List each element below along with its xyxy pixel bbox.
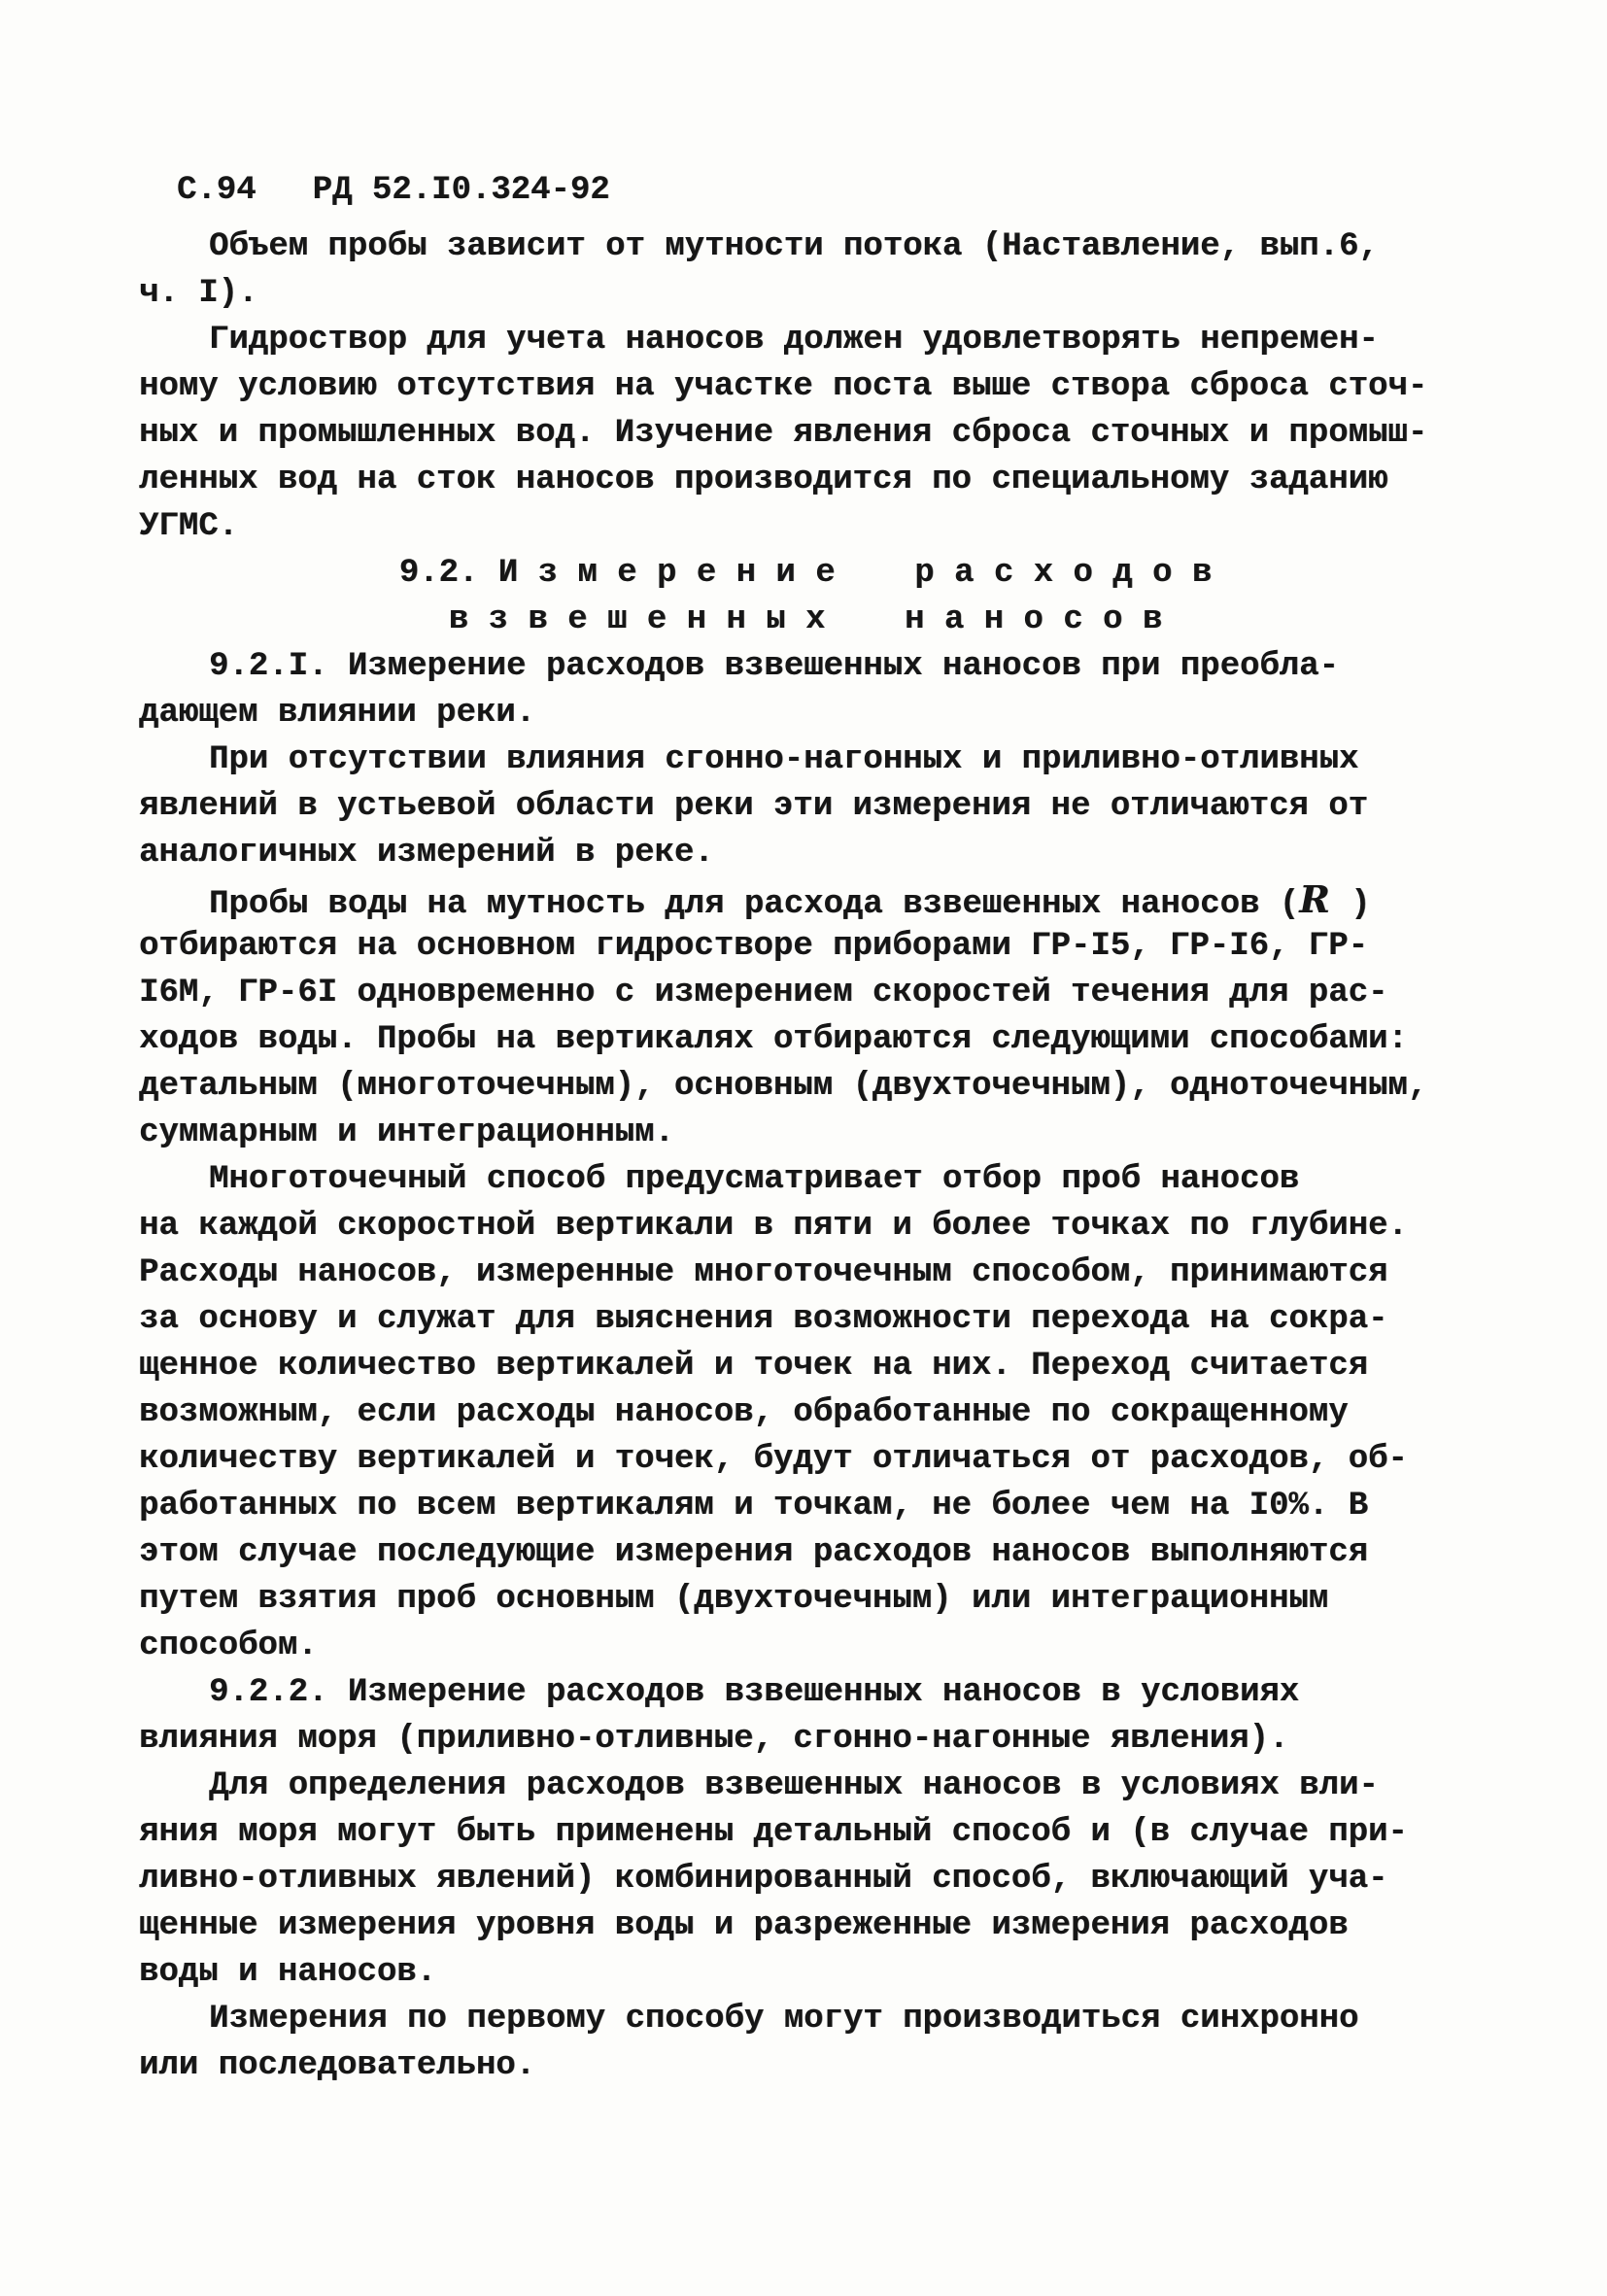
document-number: РД 52.I0.324-92 xyxy=(313,167,610,214)
text-line: влияния моря (приливно-отливные, сгонно-… xyxy=(139,1716,1472,1763)
text-line: яния моря могут быть применены детальный… xyxy=(139,1809,1472,1856)
paragraph: Пробы воды на мутность для расхода взвеш… xyxy=(139,876,1472,1156)
text-line: в з в е ш е н н ы х н а н о с о в xyxy=(139,597,1472,643)
text-line: ных и промышленных вод. Изучение явления… xyxy=(139,410,1472,457)
text-line: щенные измерения уровня воды и разреженн… xyxy=(139,1902,1472,1949)
paragraph: Гидроствор для учета наносов должен удов… xyxy=(139,317,1472,550)
text-line: явлений в устьевой области реки эти изме… xyxy=(139,783,1472,830)
paragraph: 9.2.2. Измерение расходов взвешенных нан… xyxy=(139,1669,1472,1763)
paragraph: При отсутствии влияния сгонно-нагонных и… xyxy=(139,737,1472,876)
section-heading: 9.2. И з м е р е н и е р а с х о д о вв … xyxy=(139,550,1472,643)
text-line: ленных вод на сток наносов производится … xyxy=(139,457,1472,503)
text-line: дающем влиянии реки. xyxy=(139,690,1472,737)
page-header: С.94 РД 52.I0.324-92 xyxy=(177,167,610,214)
text-line: способом. xyxy=(139,1623,1472,1669)
text-line: УГМС. xyxy=(139,503,1472,550)
text-line: Расходы наносов, измеренные многоточечны… xyxy=(139,1250,1472,1296)
text-line: ч. I). xyxy=(139,270,1472,317)
text-line: Для определения расходов взвешенных нано… xyxy=(139,1763,1472,1809)
content: Объем пробы зависит от мутности потока (… xyxy=(139,223,1472,2089)
script-r-symbol: R xyxy=(1299,877,1331,921)
text-line: ходов воды. Пробы на вертикалях отбирают… xyxy=(139,1016,1472,1063)
text-line: Пробы воды на мутность для расхода взвеш… xyxy=(139,876,1472,923)
text-line: 9.2.2. Измерение расходов взвешенных нан… xyxy=(139,1669,1472,1716)
text-line: или последовательно. xyxy=(139,2042,1472,2089)
paragraph: Объем пробы зависит от мутности потока (… xyxy=(139,223,1472,317)
text-line: 9.2.I. Измерение расходов взвешенных нан… xyxy=(139,643,1472,690)
text-line: воды и наносов. xyxy=(139,1949,1472,1996)
text-line: 9.2. И з м е р е н и е р а с х о д о в xyxy=(139,550,1472,597)
text-line: При отсутствии влияния сгонно-нагонных и… xyxy=(139,737,1472,783)
text-line: детальным (многоточечным), основным (дву… xyxy=(139,1063,1472,1110)
text-line: Гидроствор для учета наносов должен удов… xyxy=(139,317,1472,363)
text-line: на каждой скоростной вертикали в пяти и … xyxy=(139,1203,1472,1250)
paragraph: 9.2.I. Измерение расходов взвешенных нан… xyxy=(139,643,1472,737)
text-line: количеству вертикалей и точек, будут отл… xyxy=(139,1436,1472,1483)
text-line: отбираются на основном гидростворе прибо… xyxy=(139,923,1472,970)
text-line: Многоточечный способ предусматривает отб… xyxy=(139,1156,1472,1203)
paragraph: Измерения по первому способу могут произ… xyxy=(139,1996,1472,2089)
text-line: путем взятия проб основным (двухточечным… xyxy=(139,1576,1472,1623)
page-number-label: С.94 xyxy=(177,167,256,214)
text-line: работанных по всем вертикалям и точкам, … xyxy=(139,1483,1472,1529)
text-line: аналогичных измерений в реке. xyxy=(139,830,1472,876)
text-line: Измерения по первому способу могут произ… xyxy=(139,1996,1472,2042)
text-line: Объем пробы зависит от мутности потока (… xyxy=(139,223,1472,270)
paragraph: Многоточечный способ предусматривает отб… xyxy=(139,1156,1472,1669)
text-line: ному условию отсутствия на участке поста… xyxy=(139,363,1472,410)
text-line: щенное количество вертикалей и точек на … xyxy=(139,1343,1472,1389)
text-line: суммарным и интеграционным. xyxy=(139,1110,1472,1156)
text-line: этом случае последующие измерения расход… xyxy=(139,1529,1472,1576)
text-line: ливно-отливных явлений) комбинированный … xyxy=(139,1856,1472,1902)
text-line: за основу и служат для выяснения возможн… xyxy=(139,1296,1472,1343)
paragraph: Для определения расходов взвешенных нано… xyxy=(139,1763,1472,1996)
document-page: С.94 РД 52.I0.324-92 Объем пробы зависит… xyxy=(0,0,1607,2296)
text-line: I6М, ГР-6I одновременно с измерением ско… xyxy=(139,970,1472,1016)
text-line: возможным, если расходы наносов, обработ… xyxy=(139,1389,1472,1436)
